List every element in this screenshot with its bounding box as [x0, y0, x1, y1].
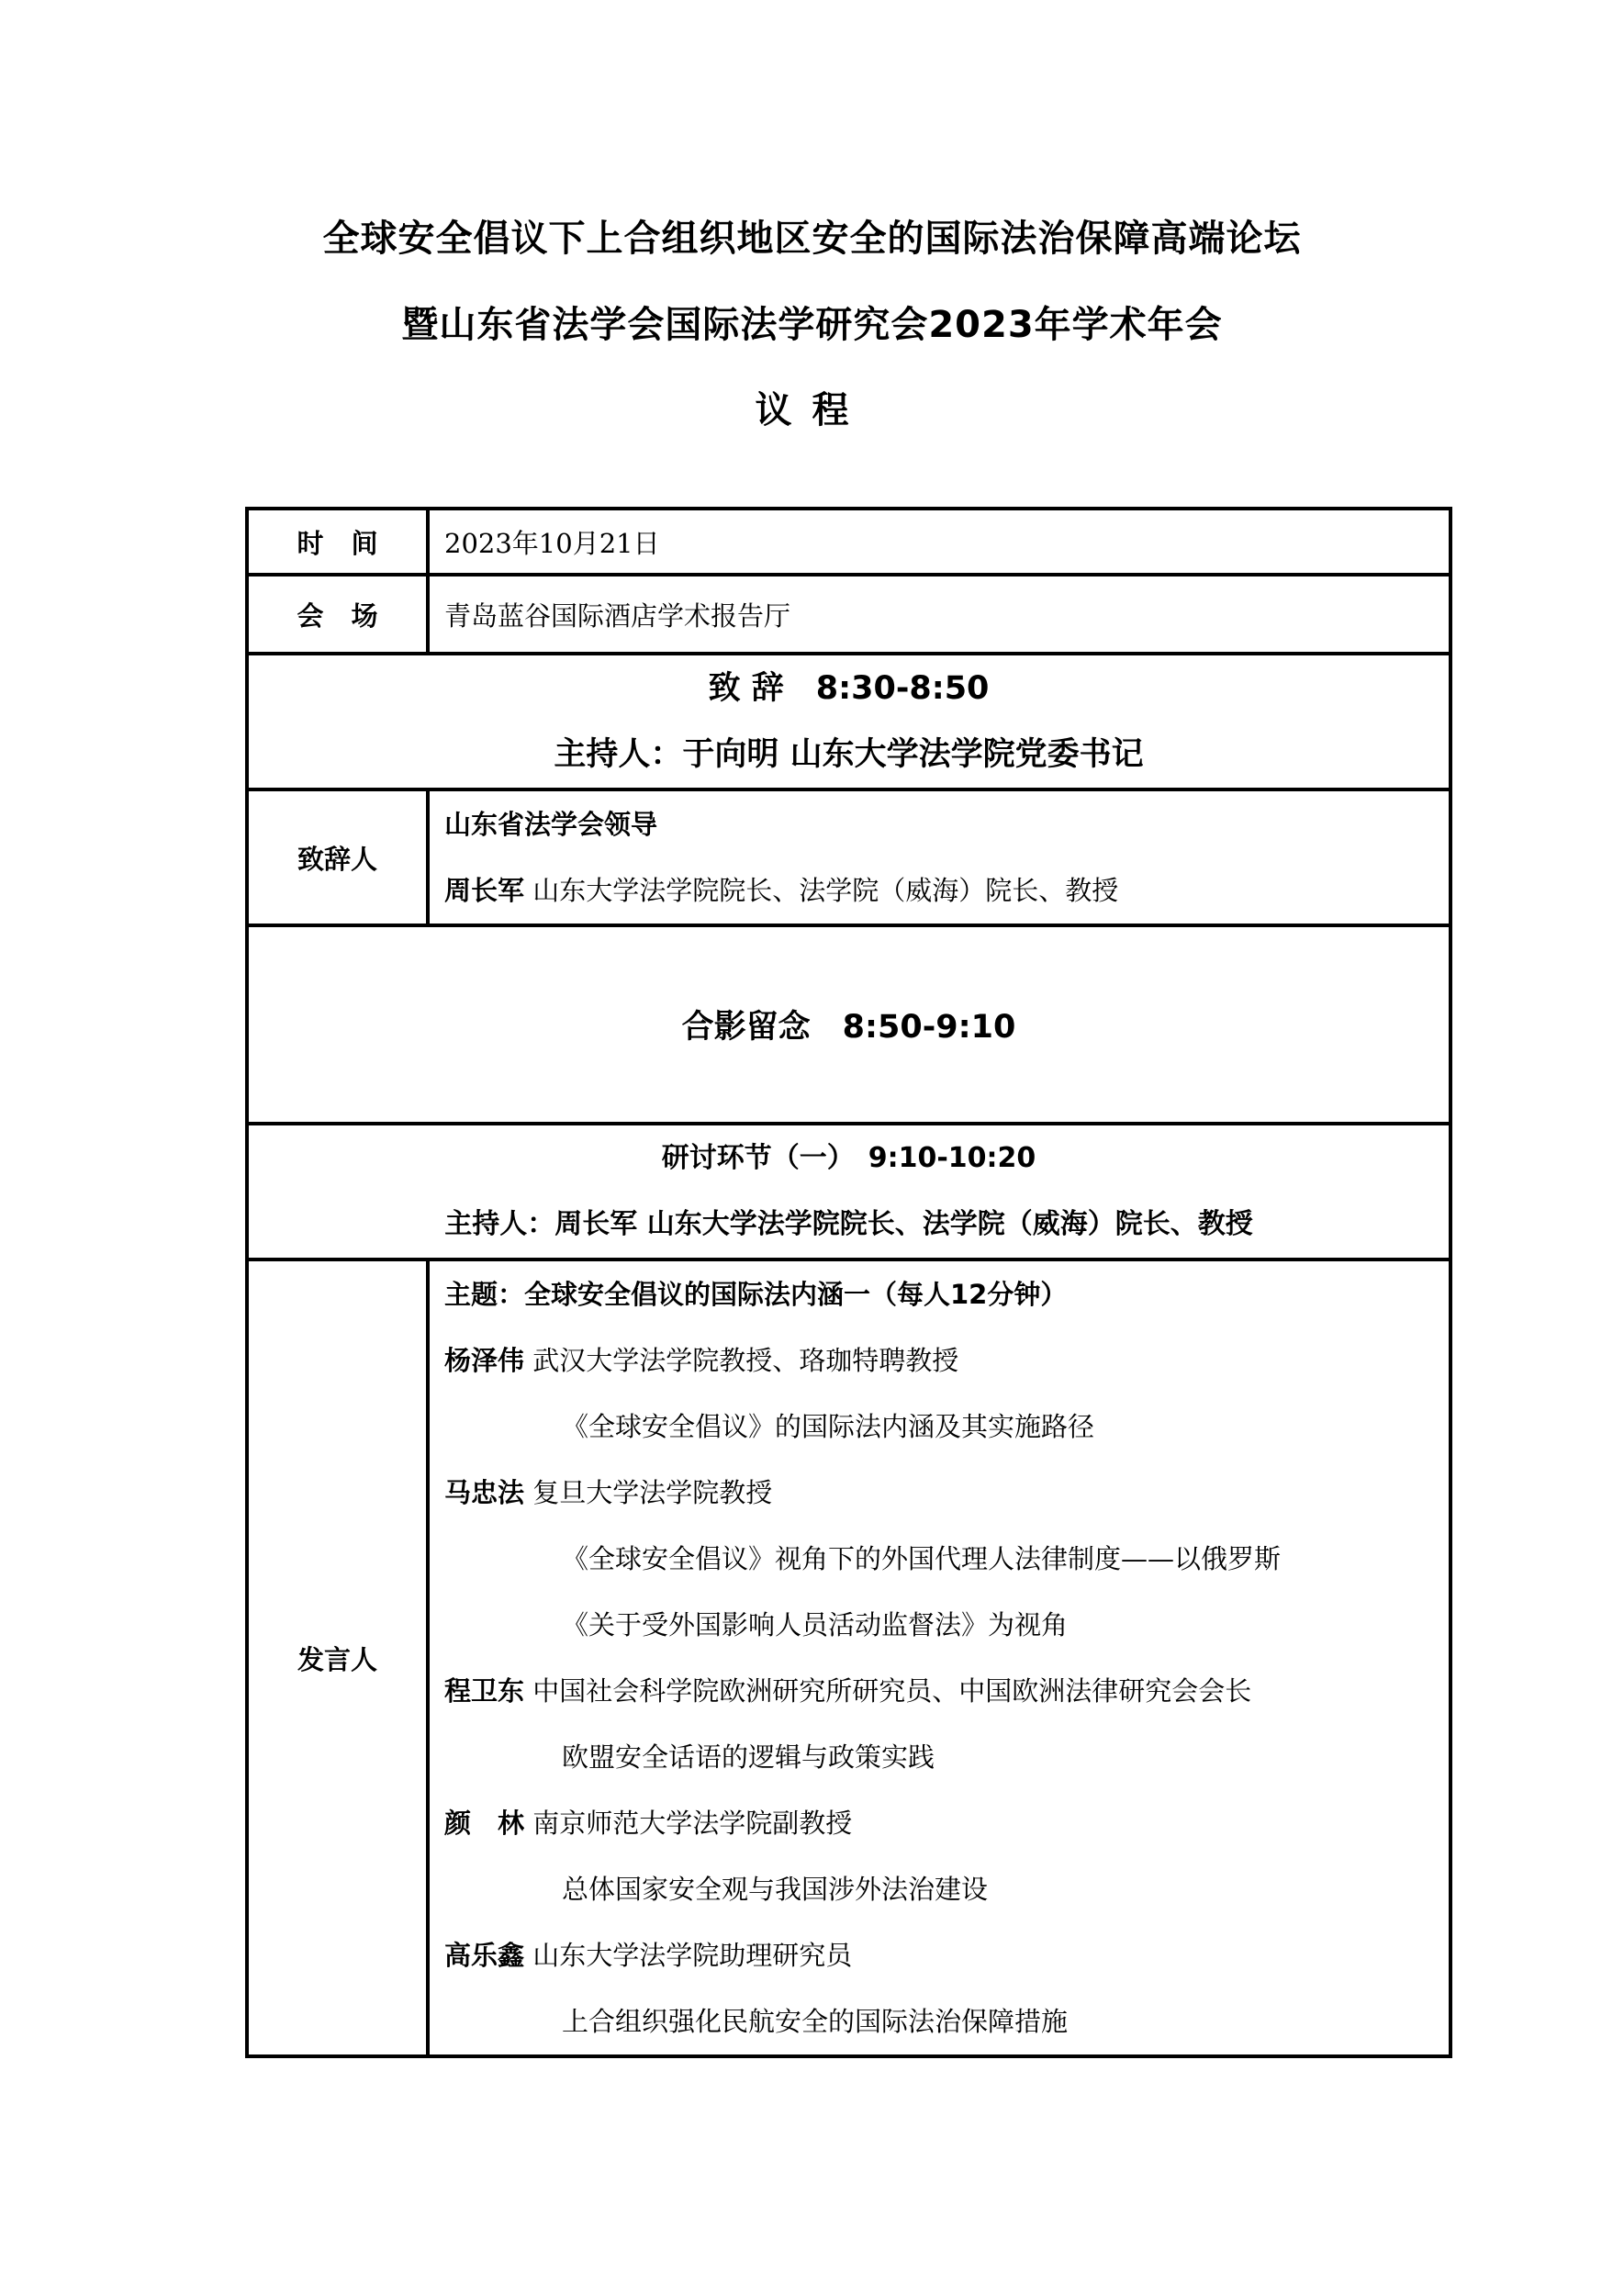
- speaker-name: 高乐鑫: [444, 1940, 524, 1971]
- speaker-entry: 杨泽伟 武汉大学法学院教授、珞珈特聘教授: [444, 1327, 1449, 1394]
- speaker-topic: 《关于受外国影响人员活动监督法》为视角: [444, 1592, 1449, 1658]
- time-value: 2023年10月21日: [428, 509, 1450, 575]
- speaker-topic: 总体国家安全观与我国涉外法治建设: [444, 1856, 1449, 1922]
- speaker-affiliation: 复旦大学法学院教授: [532, 1477, 772, 1508]
- speaker-entry: 颜 林 南京师范大学法学院副教授: [444, 1790, 1449, 1856]
- speaker-affiliation: 中国社会科学院欧洲研究所研究员、中国欧洲法律研究会会长: [532, 1675, 1251, 1707]
- speaker-topic: 《全球安全倡议》视角下的外国代理人法律制度——以俄罗斯: [444, 1526, 1449, 1592]
- venue-value: 青岛蓝谷国际酒店学术报告厅: [428, 575, 1450, 654]
- speaker-entry: 高乐鑫 山东大学法学院助理研究员: [444, 1922, 1449, 1988]
- speaker-topic: 上合组织强化民航安全的国际法治保障措施: [444, 1988, 1449, 2054]
- session1-heading: 研讨环节（一） 9:10-10:20: [249, 1125, 1449, 1192]
- opening-speakers-label: 致辞人: [247, 789, 428, 925]
- speaker-topic: 《全球安全倡议》的国际法内涵及其实施路径: [444, 1394, 1449, 1460]
- speaker-entry: 马忠法 复旦大学法学院教授: [444, 1460, 1449, 1526]
- speaker-name: 周长军: [444, 875, 524, 906]
- speaker-name: 程卫东: [444, 1675, 524, 1707]
- time-row: 时间 2023年10月21日: [247, 509, 1450, 575]
- session1-speakers-row: 发言人 主题：全球安全倡议的国际法内涵一（每人12分钟） 杨泽伟 武汉大学法学院…: [247, 1259, 1450, 2056]
- session1-theme: 主题：全球安全倡议的国际法内涵一（每人12分钟）: [444, 1261, 1449, 1327]
- opening-heading: 致 辞 8:30-8:50: [249, 655, 1449, 722]
- speaker-entry: 程卫东 中国社会科学院欧洲研究所研究员、中国欧洲法律研究会会长: [444, 1658, 1449, 1724]
- session1-speakers: 主题：全球安全倡议的国际法内涵一（每人12分钟） 杨泽伟 武汉大学法学院教授、珞…: [428, 1259, 1450, 2056]
- speaker-affiliation: 山东大学法学院助理研究员: [532, 1940, 852, 1971]
- document-title-line1: 全球安全倡议下上合组织地区安全的国际法治保障高端论坛: [0, 209, 1624, 262]
- document-title-line2: 暨山东省法学会国际法学研究会2023年学术年会: [0, 296, 1624, 348]
- document-title-agenda: 议程: [0, 381, 1624, 433]
- speaker-name: 马忠法: [444, 1477, 524, 1508]
- opening-speakers-row: 致辞人 山东省法学会领导 周长军 山东大学法学院院长、法学院（威海）院长、教授: [247, 789, 1450, 925]
- speaker-name: 杨泽伟: [444, 1345, 524, 1376]
- opening-speakers: 山东省法学会领导 周长军 山东大学法学院院长、法学院（威海）院长、教授: [428, 789, 1450, 925]
- venue-row: 会场 青岛蓝谷国际酒店学术报告厅: [247, 575, 1450, 654]
- opening-header: 致 辞 8:30-8:50 主持人：于向明 山东大学法学院党委书记: [247, 654, 1450, 789]
- session1-speakers-label: 发言人: [247, 1259, 428, 2056]
- opening-header-row: 致 辞 8:30-8:50 主持人：于向明 山东大学法学院党委书记: [247, 654, 1450, 789]
- agenda-table: 时间 2023年10月21日 会场 青岛蓝谷国际酒店学术报告厅 致 辞 8:30…: [245, 507, 1452, 2058]
- venue-label: 会场: [247, 575, 428, 654]
- time-label: 时间: [247, 509, 428, 575]
- session1-header-row: 研讨环节（一） 9:10-10:20 主持人：周长军 山东大学法学院院长、法学院…: [247, 1124, 1450, 1259]
- speaker-affiliation: 武汉大学法学院教授、珞珈特聘教授: [532, 1345, 958, 1376]
- speaker-name: 颜 林: [444, 1808, 524, 1839]
- session1-header: 研讨环节（一） 9:10-10:20 主持人：周长军 山东大学法学院院长、法学院…: [247, 1124, 1450, 1259]
- speaker-desc: 山东大学法学院院长、法学院（威海）院长、教授: [532, 875, 1118, 906]
- opening-speaker-2: 周长军 山东大学法学院院长、法学院（威海）院长、教授: [444, 857, 1449, 924]
- photo-heading: 合影留念 8:50-9:10: [247, 925, 1450, 1124]
- photo-row: 合影留念 8:50-9:10: [247, 925, 1450, 1124]
- speaker-topic: 欧盟安全话语的逻辑与政策实践: [444, 1724, 1449, 1790]
- opening-speaker-1: 山东省法学会领导: [444, 791, 1449, 857]
- speaker-affiliation: 南京师范大学法学院副教授: [532, 1808, 852, 1839]
- opening-host: 主持人：于向明 山东大学法学院党委书记: [249, 722, 1449, 788]
- session1-host: 主持人：周长军 山东大学法学院院长、法学院（威海）院长、教授: [249, 1192, 1449, 1258]
